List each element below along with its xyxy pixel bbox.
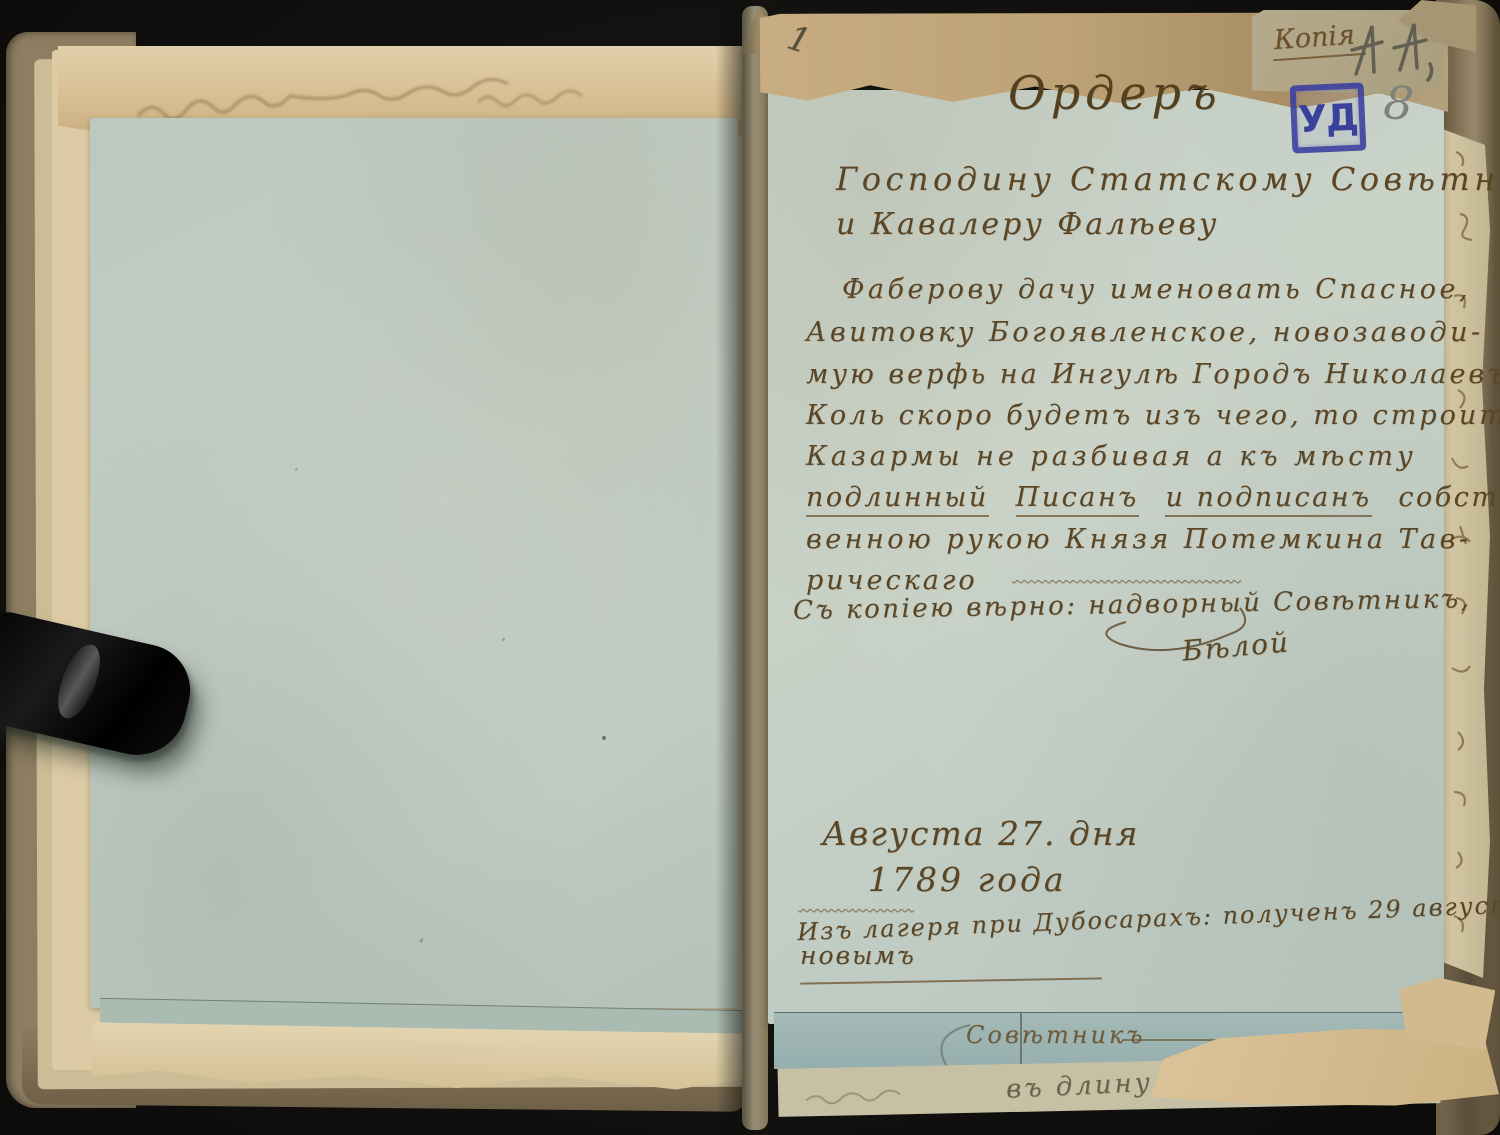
ink-speck — [502, 638, 505, 641]
manuscript-scan: { "left_page": { "content": "" }, "right… — [0, 0, 1500, 1135]
document-title: Ордеръ — [1008, 66, 1222, 120]
underlined-word-pisan: Писанъ — [1016, 482, 1139, 517]
signature-flourish — [1090, 600, 1250, 660]
folio-number-pencil: 8 — [1381, 75, 1416, 132]
stamp-text: УД — [1297, 95, 1358, 141]
pencil-rule-vertical — [1020, 1013, 1022, 1069]
date-flourish — [798, 884, 914, 914]
left-blank-page — [90, 118, 738, 1008]
body-line-5: Казармы не разбивая а къ мѣсту — [806, 441, 1417, 472]
body-line-1: Фаберову дачу именовать Спасное, — [842, 274, 1471, 305]
underlined-word-podpisan: и подписанъ — [1165, 482, 1371, 517]
body-line-6: подлинный Писанъ и подписанъ собст- — [806, 482, 1500, 513]
archive-stamp: УД — [1290, 82, 1367, 153]
clip-highlight — [50, 640, 109, 725]
ink-speck — [419, 938, 424, 944]
address-line-1: Господину Статскому Совѣтнику — [836, 160, 1500, 198]
bottom-peek-dash — [1122, 1039, 1218, 1041]
date-line-1: Августа 27. дня — [822, 814, 1139, 853]
address-line-2: и Кавалеру Фалѣеву — [836, 207, 1219, 242]
ink-speck — [295, 468, 298, 471]
ink-speck — [602, 736, 606, 740]
body-line-4: Коль скоро будетъ изъ чего, то строить — [806, 400, 1500, 431]
ink-flourish — [1012, 556, 1241, 584]
body-line-8: рическаго — [806, 565, 978, 596]
body-line-3: мую верфь на Ингулѣ Городъ Николаевъ, — [806, 359, 1500, 390]
received-note-line-2: новымъ — [800, 941, 916, 970]
body-line-7: венною рукою Князя Потемкина Тав- — [806, 524, 1471, 555]
body-line-2: Авитовку Богоявленское, новозаводи- — [806, 317, 1484, 348]
body-line-6-end: собст- — [1398, 482, 1500, 513]
faint-text-fragment — [798, 1076, 939, 1119]
underlined-word-podlinnyi: подлинный — [806, 482, 989, 517]
